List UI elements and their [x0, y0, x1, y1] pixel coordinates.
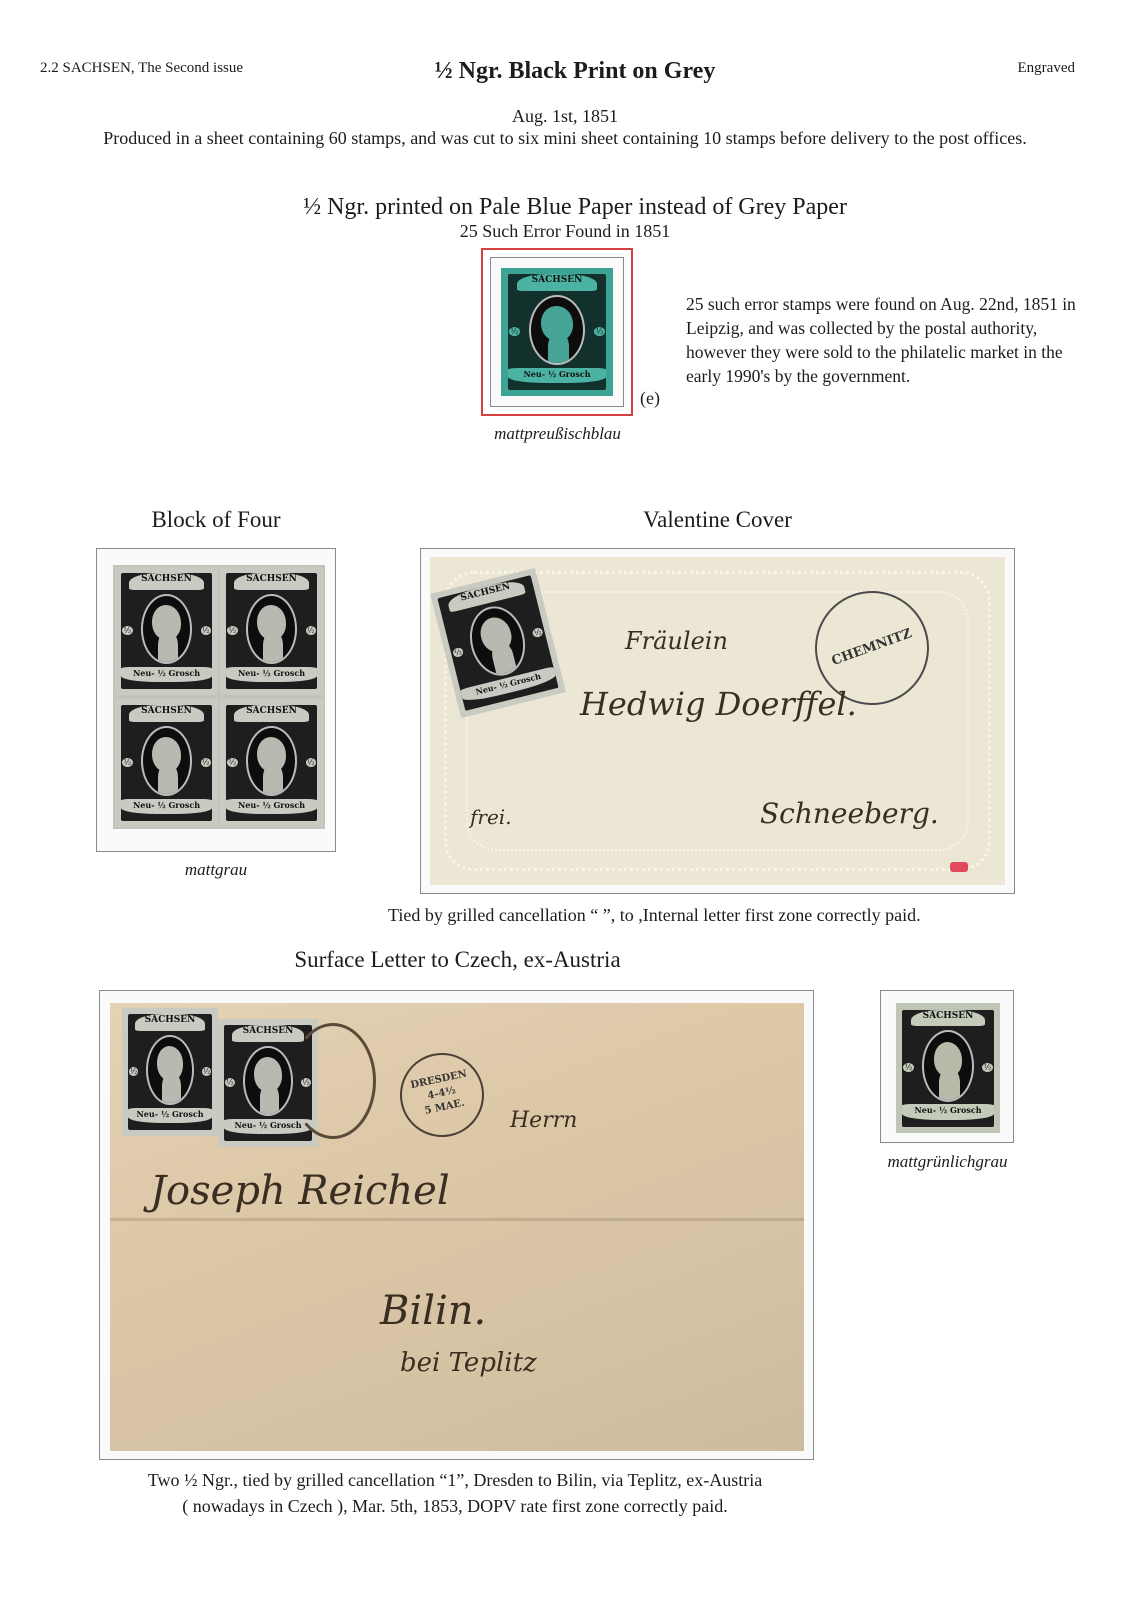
valentine-title: Valentine Cover — [420, 507, 1015, 533]
czech-cover-image: SACHSEN ½½ Neu- ½ Grosch SACHSEN ½½ Neu-… — [110, 1003, 804, 1451]
error-title: ½ Ngr. printed on Pale Blue Paper instea… — [0, 194, 1130, 221]
error-stamp-frame: SACHSEN ½ ½ Neu- ½ Grosch — [481, 248, 633, 416]
error-note: 25 such error stamps were found on Aug. … — [686, 292, 1086, 388]
fold-line — [110, 1218, 804, 1221]
error-stamp-caption: mattpreußischblau — [450, 424, 665, 444]
block-mount: SACHSEN ½½ Neu- ½ Grosch SACHSEN ½½ Neu-… — [96, 548, 336, 852]
czech-caption-line-1: Two ½ Ngr., tied by grilled cancellation… — [40, 1470, 870, 1491]
block-stamp: SACHSEN ½½ Neu- ½ Grosch — [220, 567, 323, 695]
block-stamp: SACHSEN ½½ Neu- ½ Grosch — [220, 699, 323, 827]
dresden-postmark: DRESDEN 4-4½ 5 MAE. — [392, 1045, 492, 1145]
block-stamp: SACHSEN ½½ Neu- ½ Grosch — [115, 567, 218, 695]
franco-note: frei. — [470, 805, 512, 829]
block-title: Block of Four — [96, 507, 336, 533]
valentine-caption: Tied by grilled cancellation “ ”, to ,In… — [388, 905, 1068, 926]
address-line: Fräulein — [625, 627, 728, 655]
issue-description: Produced in a sheet containing 60 stamps… — [0, 128, 1130, 149]
red-mark — [950, 862, 968, 872]
valentine-cover-image: SACHSEN ½½ Neu- ½ Grosch CHEMNITZ Fräule… — [430, 557, 1005, 885]
error-stamp-mount: SACHSEN ½ ½ Neu- ½ Grosch — [490, 257, 624, 407]
address-line: Herrn — [510, 1108, 577, 1133]
address-line: Bilin. — [380, 1288, 486, 1334]
czech-stamp: SACHSEN ½½ Neu- ½ Grosch — [122, 1008, 218, 1136]
error-stamp-image: SACHSEN ½ ½ Neu- ½ Grosch — [501, 268, 613, 396]
block-caption: mattgrau — [96, 860, 336, 880]
valentine-mount: SACHSEN ½½ Neu- ½ Grosch CHEMNITZ Fräule… — [420, 548, 1015, 894]
single-stamp-caption: mattgrünlichgrau — [860, 1152, 1035, 1172]
printing-method: Engraved — [1018, 60, 1075, 77]
address-line: bei Teplitz — [400, 1348, 537, 1378]
error-subtitle: 25 Such Error Found in 1851 — [0, 221, 1130, 242]
single-stamp-mount: SACHSEN ½½ Neu- ½ Grosch — [880, 990, 1014, 1143]
error-label: (e) — [640, 388, 660, 409]
page-title: ½ Ngr. Black Print on Grey — [0, 58, 1130, 85]
address-line: Schneeberg. — [760, 797, 939, 830]
grill-cancel — [290, 1023, 376, 1139]
czech-mount: SACHSEN ½½ Neu- ½ Grosch SACHSEN ½½ Neu-… — [99, 990, 814, 1460]
czech-caption-line-2: ( nowadays in Czech ), Mar. 5th, 1853, D… — [40, 1496, 870, 1517]
czech-title: Surface Letter to Czech, ex-Austria — [100, 947, 815, 973]
block-of-four-image: SACHSEN ½½ Neu- ½ Grosch SACHSEN ½½ Neu-… — [113, 565, 325, 829]
address-line: Joseph Reichel — [150, 1168, 450, 1214]
address-line: Hedwig Doerffel. — [580, 685, 857, 723]
block-stamp: SACHSEN ½½ Neu- ½ Grosch — [115, 699, 218, 827]
issue-date: Aug. 1st, 1851 — [0, 106, 1130, 127]
single-stamp-image: SACHSEN ½½ Neu- ½ Grosch — [896, 1003, 1000, 1133]
